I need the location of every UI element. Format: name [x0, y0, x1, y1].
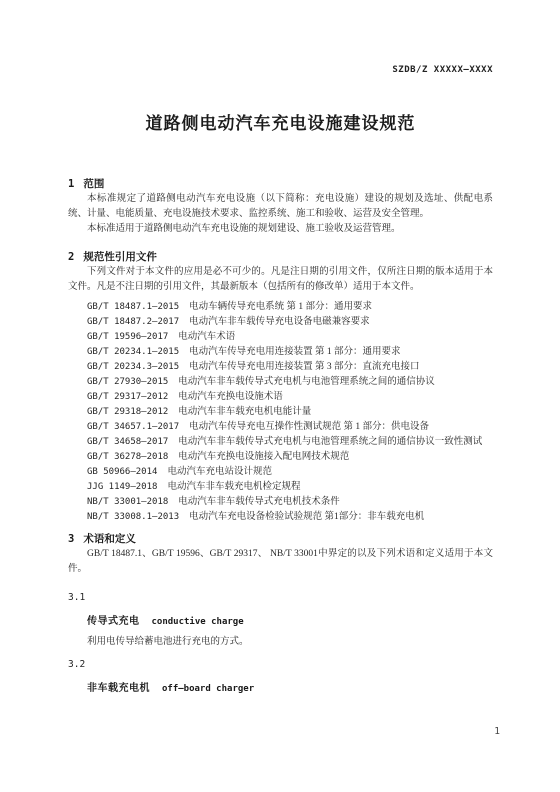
reference-code: GB 50966—2014 — [87, 467, 157, 477]
reference-item: GB/T 29318—2012电动汽车非车载充电机电能计量 — [68, 405, 493, 420]
reference-code: NB/T 33008.1—2013 — [87, 512, 179, 522]
section-3-heading-text: 术语和定义 — [83, 533, 136, 545]
section-1-heading: 1范围 — [68, 177, 493, 192]
reference-title: 电动汽车传导充电用连接装置 第 3 部分：直流充电接口 — [189, 362, 419, 372]
section-2-heading-text: 规范性引用文件 — [83, 251, 157, 263]
reference-item: NB/T 33008.1—2013电动汽车充电设备检验试验规范 第1部分：非车载… — [68, 510, 493, 525]
standard-code-header: SZDB/Z XXXXX—XXXX — [68, 64, 493, 76]
reference-title: 电动汽车传导充电互操作性测试规范 第 1 部分：供电设备 — [189, 422, 429, 432]
scope-paragraph-2: 本标准适用于道路侧电动汽车充电设施的规划建设、施工验收及运营管理。 — [68, 222, 493, 237]
term-english: conductive charge — [152, 617, 244, 627]
term-chinese: 传导式充电 — [87, 616, 140, 627]
term-english: off—board charger — [162, 684, 254, 694]
reference-title: 电动汽车非车载充电机电能计量 — [178, 407, 311, 417]
term-number-3-1: 3.1 — [68, 590, 493, 605]
reference-item: GB/T 19596—2017电动汽车术语 — [68, 330, 493, 345]
term-entry-3-1: 传导式充电conductive charge — [68, 612, 493, 627]
reference-item: GB 50966—2014电动汽车充电站设计规范 — [68, 465, 493, 480]
reference-code: GB/T 34657.1—2017 — [87, 422, 179, 432]
reference-title: 电动汽车传导充电用连接装置 第 1 部分：通用要求 — [189, 347, 400, 357]
reference-item: GB/T 36278—2018电动汽车充换电设施接入配电网技术规范 — [68, 450, 493, 465]
scope-paragraph-1: 本标准规定了道路侧电动汽车充电设施（以下简称：充电设施）建设的规划及选址、供配电… — [68, 192, 493, 222]
section-1-heading-text: 范围 — [83, 178, 104, 190]
reference-item: GB/T 27930—2015电动汽车非车载传导式充电机与电池管理系统之间的通信… — [68, 375, 493, 390]
reference-title: 电动汽车充电设备检验试验规范 第1部分：非车载充电机 — [189, 512, 424, 522]
term-entry-3-2: 非车载充电机off—board charger — [68, 679, 493, 694]
reference-title: 电动汽车非车载传导式充电机技术条件 — [178, 497, 340, 507]
section-2-number: 2 — [68, 251, 74, 263]
section-3-heading: 3术语和定义 — [68, 532, 493, 547]
reference-code: GB/T 34658—2017 — [87, 437, 168, 447]
reference-title: 电动汽车非车载传导充电设备电磁兼容要求 — [189, 317, 370, 327]
reference-title: 电动汽车充电站设计规范 — [167, 467, 272, 477]
reference-code: GB/T 19596—2017 — [87, 332, 168, 342]
reference-code: NB/T 33001—2018 — [87, 497, 168, 507]
page-number: 1 — [494, 726, 500, 737]
reference-code: GB/T 18487.1—2015 — [87, 302, 179, 312]
section-1-number: 1 — [68, 178, 74, 190]
reference-item: GB/T 34657.1—2017电动汽车传导充电互操作性测试规范 第 1 部分… — [68, 420, 493, 435]
section-2-heading: 2规范性引用文件 — [68, 250, 493, 265]
term-number-3-2: 3.2 — [68, 657, 493, 672]
term-chinese: 非车载充电机 — [87, 683, 150, 694]
document-page: SZDB/Z XXXXX—XXXX 道路侧电动汽车充电设施建设规范 1范围 本标… — [0, 0, 560, 792]
references-intro: 下列文件对于本文件的应用是必不可少的。凡是注日期的引用文件，仅所注日期的版本适用… — [68, 265, 493, 295]
reference-code: GB/T 20234.1—2015 — [87, 347, 179, 357]
reference-title: 电动车辆传导充电系统 第 1 部分：通用要求 — [189, 302, 372, 312]
reference-title: 电动汽车非车载传导式充电机与电池管理系统之间的通信协议一致性测试 — [178, 437, 482, 447]
reference-code: GB/T 36278—2018 — [87, 452, 168, 462]
reference-code: GB/T 29318—2012 — [87, 407, 168, 417]
reference-item: GB/T 18487.1—2015电动车辆传导充电系统 第 1 部分：通用要求 — [68, 300, 493, 315]
reference-item: JJG 1149—2018电动汽车非车载充电机检定规程 — [68, 480, 493, 495]
term-definition-3-1: 利用电传导给蓄电池进行充电的方式。 — [68, 635, 493, 650]
reference-code: GB/T 20234.3—2015 — [87, 362, 179, 372]
reference-code: GB/T 29317—2012 — [87, 392, 168, 402]
reference-item: NB/T 33001—2018电动汽车非车载传导式充电机技术条件 — [68, 495, 493, 510]
reference-item: GB/T 20234.3—2015电动汽车传导充电用连接装置 第 3 部分：直流… — [68, 360, 493, 375]
reference-item: GB/T 29317—2012电动汽车充换电设施术语 — [68, 390, 493, 405]
reference-item: GB/T 34658—2017电动汽车非车载传导式充电机与电池管理系统之间的通信… — [68, 435, 493, 450]
reference-title: 电动汽车非车载传导式充电机与电池管理系统之间的通信协议 — [178, 377, 435, 387]
reference-title: 电动汽车充换电设施术语 — [178, 392, 283, 402]
section-3-number: 3 — [68, 533, 74, 545]
reference-title: 电动汽车术语 — [178, 332, 235, 342]
reference-item: GB/T 18487.2—2017电动汽车非车载传导充电设备电磁兼容要求 — [68, 315, 493, 330]
reference-item: GB/T 20234.1—2015电动汽车传导充电用连接装置 第 1 部分：通用… — [68, 345, 493, 360]
normative-reference-list: GB/T 18487.1—2015电动车辆传导充电系统 第 1 部分：通用要求 … — [68, 300, 493, 525]
terms-intro: GB/T 18487.1、GB/T 19596、GB/T 29317、 NB/T… — [68, 547, 493, 577]
reference-title: 电动汽车充换电设施接入配电网技术规范 — [178, 452, 349, 462]
document-title: 道路侧电动汽车充电设施建设规范 — [68, 112, 493, 135]
reference-title: 电动汽车非车载充电机检定规程 — [167, 482, 300, 492]
reference-code: GB/T 18487.2—2017 — [87, 317, 179, 327]
reference-code: GB/T 27930—2015 — [87, 377, 168, 387]
reference-code: JJG 1149—2018 — [87, 482, 157, 492]
